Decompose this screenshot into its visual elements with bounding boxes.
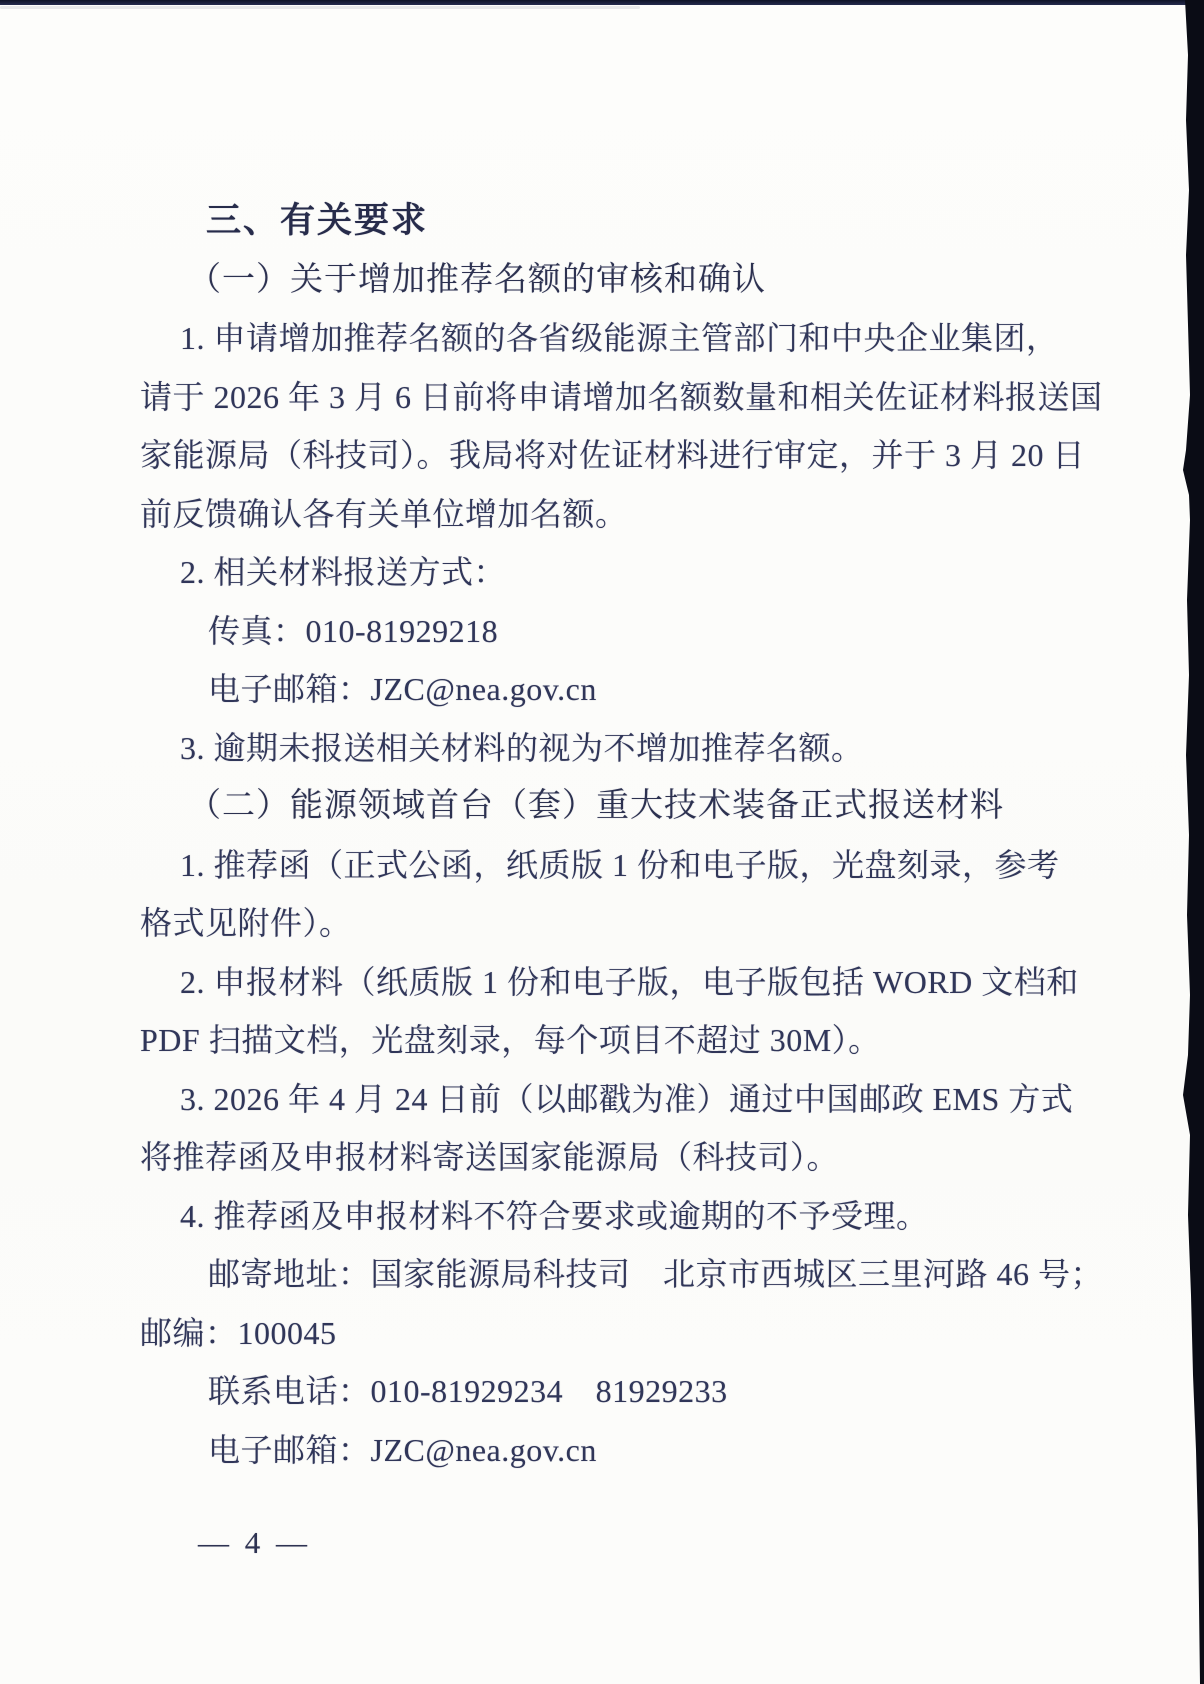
text-line: 将推荐函及申报材料寄送国家能源局（科技司）。	[140, 1128, 1070, 1187]
text-line: 前反馈确认各有关单位增加名额。	[140, 485, 1070, 544]
scan-edge-right	[1180, 0, 1204, 1684]
text-line: 2. 相关材料报送方式：	[140, 543, 1070, 602]
text-line: 2. 申报材料（纸质版 1 份和电子版，电子版包括 WORD 文档和	[140, 953, 1070, 1012]
text-line: PDF 扫描文档，光盘刻录，每个项目不超过 30M）。	[140, 1011, 1070, 1070]
text-line: 电子邮箱：JZC@nea.gov.cn	[140, 660, 1070, 719]
subsection-heading: （一）关于增加推荐名额的审核和确认	[140, 251, 1070, 310]
scan-smudge	[0, 6, 640, 9]
text-line: 家能源局（科技司）。我局将对佐证材料进行审定，并于 3 月 20 日	[140, 426, 1070, 485]
text-line: 3. 逾期未报送相关材料的视为不增加推荐名额。	[140, 719, 1070, 778]
scan-edge-top	[0, 0, 1204, 5]
subsection-heading: （二）能源领域首台（套）重大技术装备正式报送材料	[140, 777, 1070, 836]
text-line: 格式见附件）。	[140, 894, 1070, 953]
text-line: 1. 申请增加推荐名额的各省级能源主管部门和中央企业集团，	[140, 309, 1070, 368]
text-line: 请于 2026 年 3 月 6 日前将申请增加名额数量和相关佐证材料报送国	[140, 368, 1070, 427]
text-line: 邮寄地址：国家能源局科技司 北京市西城区三里河路 46 号；	[140, 1245, 1070, 1304]
document-body: 三、有关要求（一）关于增加推荐名额的审核和确认1. 申请增加推荐名额的各省级能源…	[140, 192, 1070, 1479]
text-line: 3. 2026 年 4 月 24 日前（以邮戳为准）通过中国邮政 EMS 方式	[140, 1070, 1070, 1129]
scanned-document-page: 三、有关要求（一）关于增加推荐名额的审核和确认1. 申请增加推荐名额的各省级能源…	[0, 0, 1204, 1684]
text-line: 传真：010-81929218	[140, 602, 1070, 661]
text-line: 邮编：100045	[140, 1304, 1070, 1363]
page-number: — 4 —	[140, 1514, 1128, 1573]
section-heading: 三、有关要求	[140, 192, 1070, 251]
text-line: 电子邮箱：JZC@nea.gov.cn	[140, 1421, 1070, 1480]
text-line: 4. 推荐函及申报材料不符合要求或逾期的不予受理。	[140, 1187, 1070, 1246]
text-line: 联系电话：010-81929234 81929233	[140, 1362, 1070, 1421]
text-line: 1. 推荐函（正式公函，纸质版 1 份和电子版，光盘刻录，参考	[140, 836, 1070, 895]
